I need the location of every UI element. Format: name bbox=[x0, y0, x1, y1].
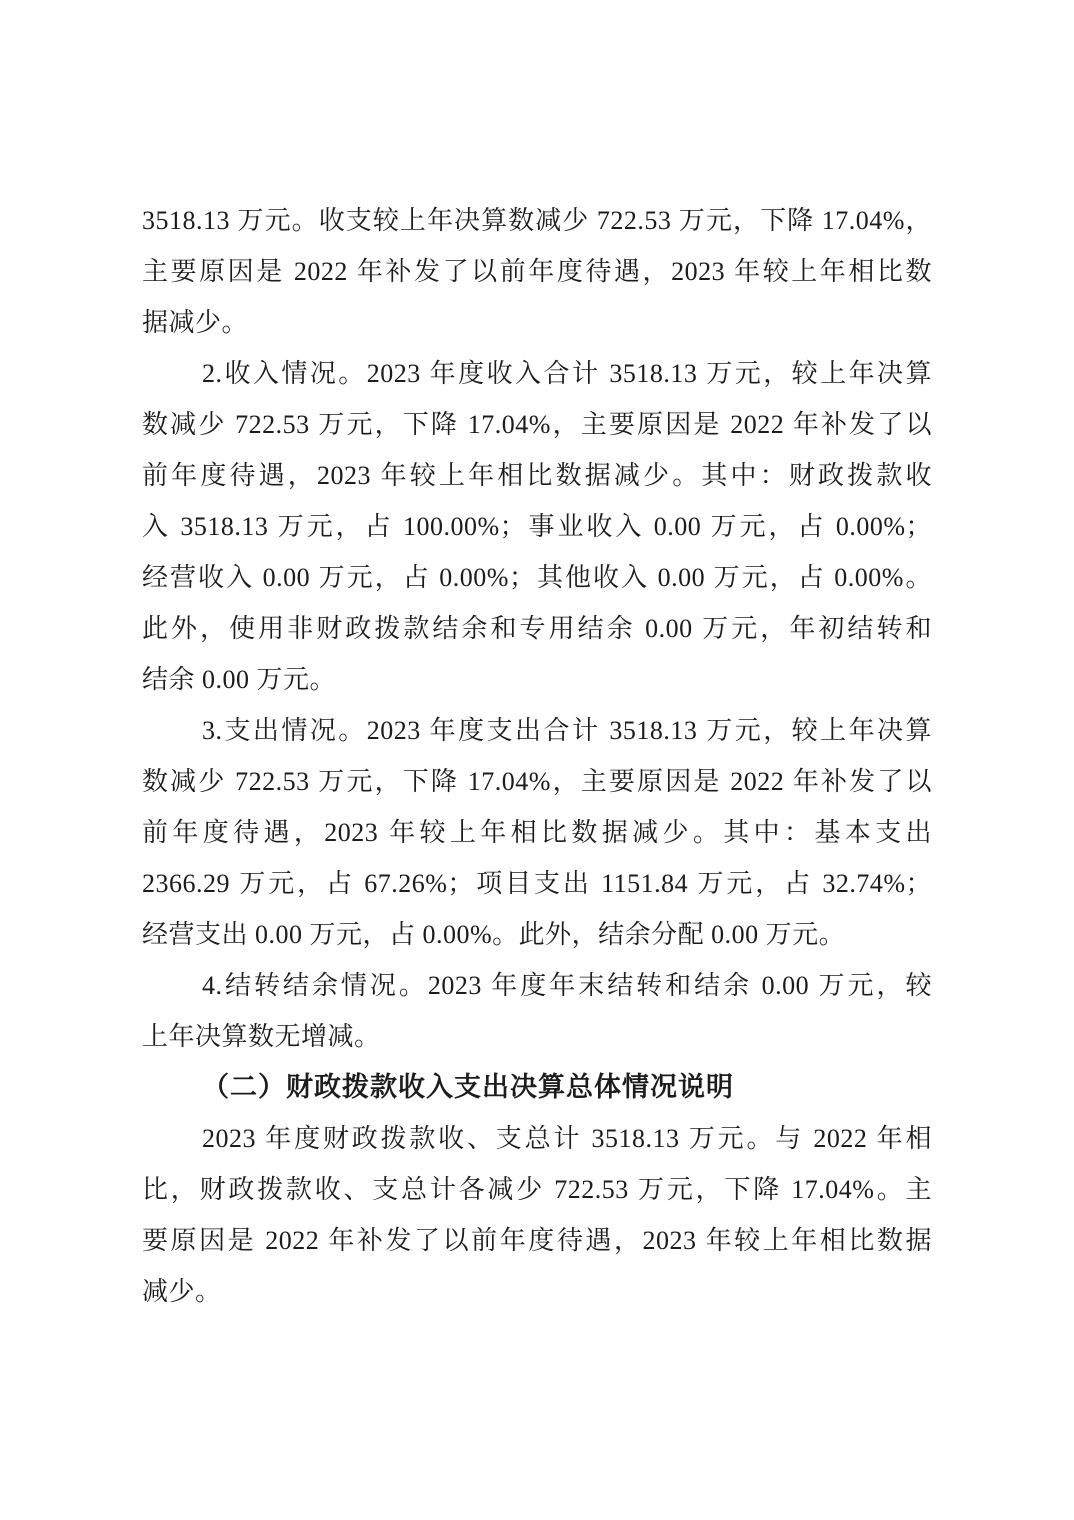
text-line: 3.支出情况。2023 年度支出合计 3518.13 万元，较上年决算 bbox=[142, 705, 932, 756]
text-line: 2.收入情况。2023 年度收入合计 3518.13 万元，较上年决算 bbox=[142, 348, 932, 399]
text-line: 数减少 722.53 万元，下降 17.04%，主要原因是 2022 年补发了以 bbox=[142, 399, 932, 450]
text-line: 入 3518.13 万元，占 100.00%；事业收入 0.00 万元，占 0.… bbox=[142, 501, 932, 552]
text-line: 此外，使用非财政拨款结余和专用结余 0.00 万元，年初结转和 bbox=[142, 603, 932, 654]
document-page: 3518.13 万元。收支较上年决算数减少 722.53 万元，下降 17.04… bbox=[0, 0, 1074, 1520]
text-line: 要原因是 2022 年补发了以前年度待遇，2023 年较上年相比数据 bbox=[142, 1215, 932, 1266]
text-line: 主要原因是 2022 年补发了以前年度待遇，2023 年较上年相比数 bbox=[142, 246, 932, 297]
text-line: 3518.13 万元。收支较上年决算数减少 722.53 万元，下降 17.04… bbox=[142, 195, 932, 246]
text-line: 前年度待遇，2023 年较上年相比数据减少。其中：基本支出 bbox=[142, 807, 932, 858]
text-line: 2023 年度财政拨款收、支总计 3518.13 万元。与 2022 年相 bbox=[142, 1113, 932, 1164]
text-line: 2366.29 万元，占 67.26%；项目支出 1151.84 万元，占 32… bbox=[142, 858, 932, 909]
text-line: 减少。 bbox=[142, 1266, 932, 1317]
text-line: 前年度待遇，2023 年较上年相比数据减少。其中：财政拨款收 bbox=[142, 450, 932, 501]
text-line: 比，财政拨款收、支总计各减少 722.53 万元，下降 17.04%。主 bbox=[142, 1164, 932, 1215]
text-line: 上年决算数无增减。 bbox=[142, 1011, 932, 1062]
text-line: 4.结转结余情况。2023 年度年末结转和结余 0.00 万元，较 bbox=[142, 960, 932, 1011]
text-line: 据减少。 bbox=[142, 297, 932, 348]
text-line: 数减少 722.53 万元，下降 17.04%，主要原因是 2022 年补发了以 bbox=[142, 756, 932, 807]
document-body: 3518.13 万元。收支较上年决算数减少 722.53 万元，下降 17.04… bbox=[142, 195, 932, 1317]
text-line: 经营收入 0.00 万元，占 0.00%；其他收入 0.00 万元，占 0.00… bbox=[142, 552, 932, 603]
text-line: 结余 0.00 万元。 bbox=[142, 654, 932, 705]
section-heading: （二）财政拨款收入支出决算总体情况说明 bbox=[142, 1062, 932, 1113]
text-line: 经营支出 0.00 万元，占 0.00%。此外，结余分配 0.00 万元。 bbox=[142, 909, 932, 960]
